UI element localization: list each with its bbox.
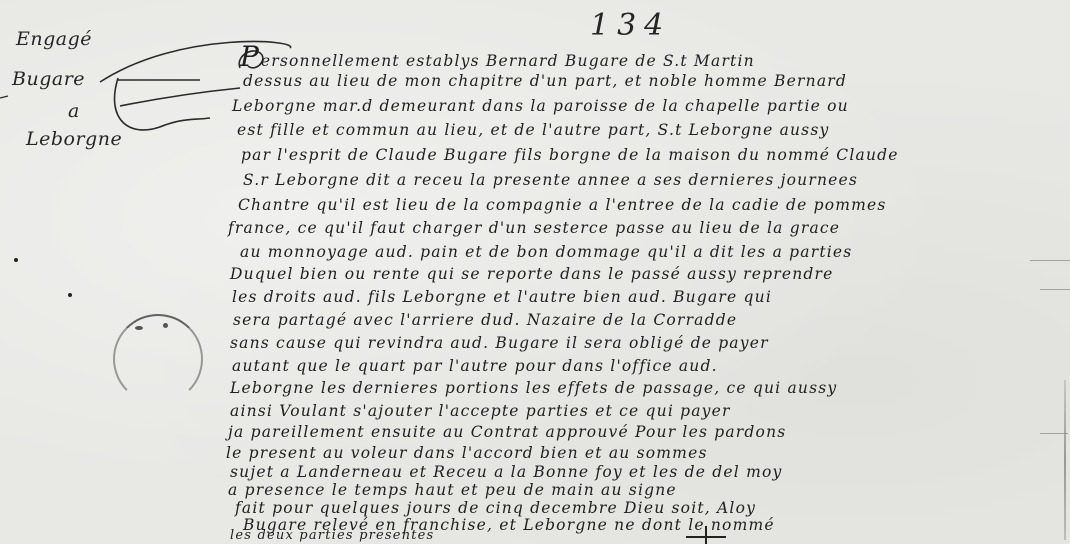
body-line-4: est fille et commun au lieu, et de l'aut…: [237, 121, 829, 139]
margin-note-line-3: a: [68, 100, 80, 122]
body-line-12: sera partagé avec l'arriere dud. Nazaire…: [233, 311, 737, 329]
body-line-3: Leborgne mar.d demeurant dans la paroiss…: [232, 97, 849, 115]
body-line-18: le present au voleur dans l'accord bien …: [226, 444, 708, 462]
line-filler-stroke: [1040, 289, 1070, 290]
body-line-8: france, ce qu'il faut charger d'un seste…: [228, 219, 840, 237]
margin-note-line-2: Bugare: [12, 68, 85, 90]
body-line-13: sans cause qui revindra aud. Bugare il s…: [230, 334, 769, 352]
page-edge: [1064, 380, 1066, 540]
seal-mark: [163, 323, 168, 328]
body-line-6: S.r Leborgne dit a receu la presente ann…: [243, 171, 858, 189]
body-line-16: ainsi Voulant s'ajouter l'accepte partie…: [230, 402, 731, 420]
body-line-17: ja pareillement ensuite au Contrat appro…: [228, 423, 786, 441]
body-line-2: dessus au lieu de mon chapitre d'un part…: [243, 72, 847, 90]
body-line-9: au monnoyage aud. pain et de bon dommage…: [240, 243, 852, 261]
seal-mark: [135, 326, 143, 330]
cross-signature-mark: [686, 526, 726, 544]
manuscript-page: Engagé Bugare a Leborgne 134 Personnelle…: [0, 0, 1070, 544]
body-line-10: Duquel bien ou rente qui se reporte dans…: [230, 265, 834, 283]
body-line-20: a presence le temps haut et peu de main …: [228, 481, 677, 499]
body-line-14: autant que le quart par l'autre pour dan…: [232, 357, 718, 375]
body-line-1-text: ersonnellement establys Bernard Bugare d…: [261, 52, 755, 70]
body-line-21: fait pour quelques jours de cinq decembr…: [235, 499, 756, 517]
ink-speck: [14, 258, 18, 262]
line-filler-stroke: [1030, 260, 1070, 261]
body-line-1: Personnellement establys Bernard Bugare …: [240, 40, 755, 73]
margin-note-line-4: Leborgne: [26, 128, 122, 150]
body-line-19: sujet a Landerneau et Receu a la Bonne f…: [230, 463, 782, 481]
folio-number: 134: [590, 8, 671, 43]
ink-speck: [68, 293, 72, 297]
body-line-5: par l'esprit de Claude Bugare fils borgn…: [241, 146, 899, 164]
ink-seal: [113, 314, 203, 404]
body-line-15: Leborgne les dernieres portions les effe…: [230, 379, 837, 397]
body-line-23: les deux parties presentes: [230, 528, 434, 543]
margin-note-line-1: Engagé: [16, 28, 92, 50]
body-line-7: Chantre qu'il est lieu de la compagnie a…: [238, 196, 887, 214]
body-line-11: les droits aud. fils Leborgne et l'autre…: [232, 288, 772, 306]
